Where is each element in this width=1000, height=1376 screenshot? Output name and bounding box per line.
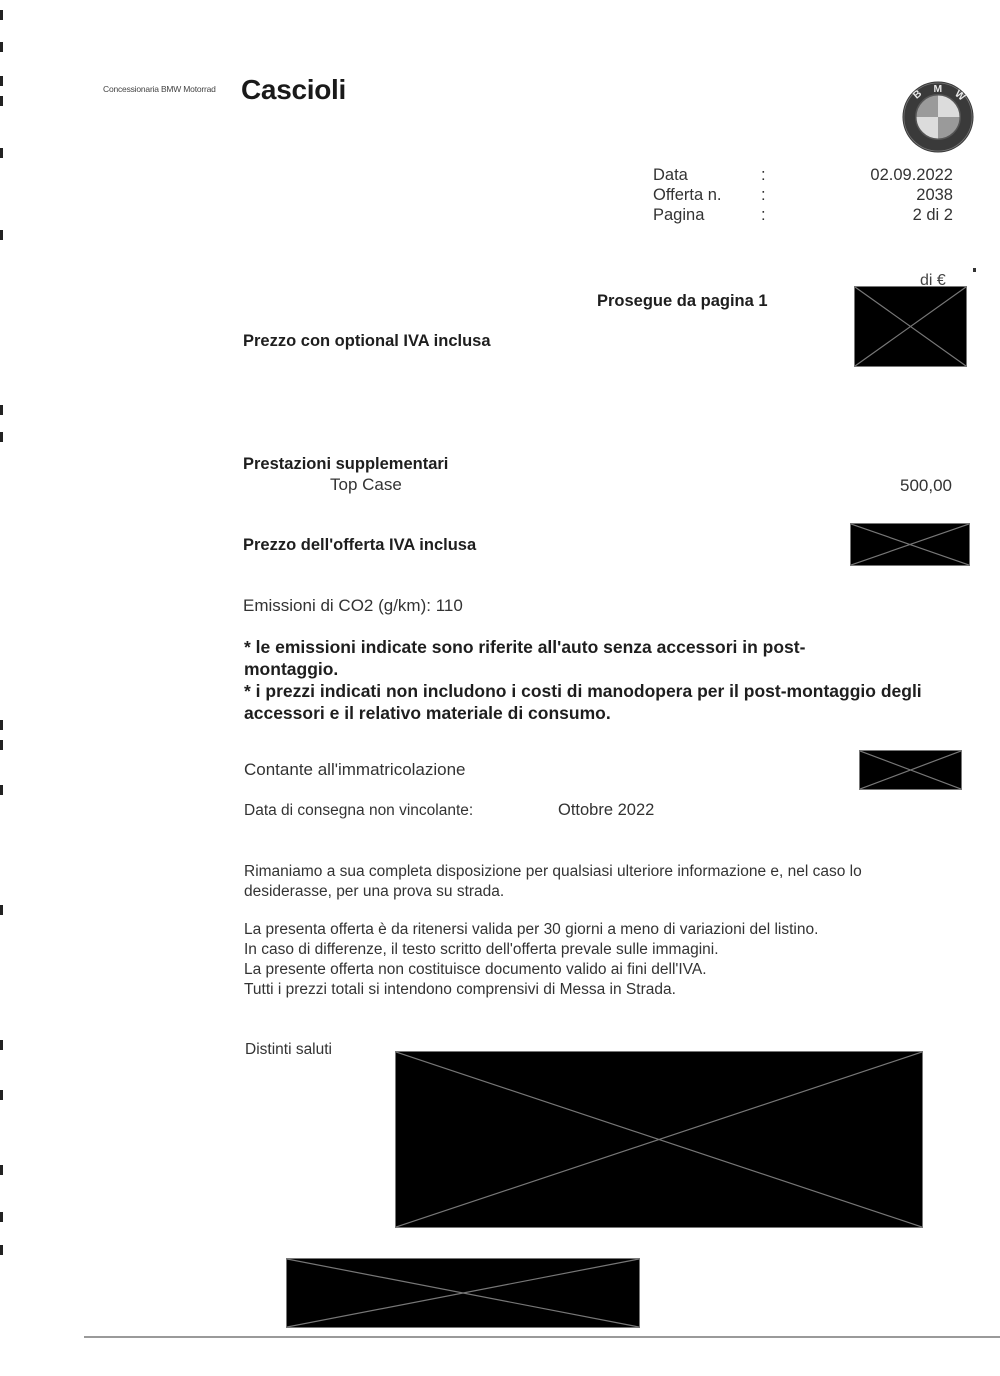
redacted-signature xyxy=(395,1051,923,1228)
terms: La presenta offerta è da ritenersi valid… xyxy=(244,920,924,1000)
redacted-cash-on-registration xyxy=(859,750,962,790)
redacted-offer-price xyxy=(850,523,970,566)
redacted-footer-block xyxy=(286,1258,640,1328)
delivery-label: Data di consegna non vincolante: xyxy=(244,802,473,820)
offer-meta: Data : 02.09.2022 Offerta n. : 2038 Pagi… xyxy=(653,165,953,225)
svg-text:M: M xyxy=(934,84,943,95)
scan-mark xyxy=(0,785,3,795)
page-number: 2 di 2 xyxy=(781,205,953,225)
scan-mark xyxy=(0,1040,3,1050)
dealer-tagline: Concessionaria BMW Motorrad xyxy=(103,84,216,94)
meta-row-date: Data : 02.09.2022 xyxy=(653,165,953,185)
co2-emissions: Emissioni di CO2 (g/km): 110 xyxy=(243,596,463,616)
extra-service-item-name: Top Case xyxy=(330,475,402,495)
term-line: In caso di differenze, il testo scritto … xyxy=(244,940,924,960)
term-line: La presenta offerta è da ritenersi valid… xyxy=(244,920,924,940)
extra-service-item-price: 500,00 xyxy=(850,476,952,496)
scan-mark xyxy=(0,905,3,915)
meta-row-page: Pagina : 2 di 2 xyxy=(653,205,953,225)
scan-mark xyxy=(0,230,3,240)
scan-mark xyxy=(0,1245,3,1255)
redacted-price-with-options xyxy=(854,286,967,367)
scan-mark xyxy=(0,1212,3,1222)
scan-mark xyxy=(0,42,3,52)
scan-mark xyxy=(0,1165,3,1175)
scan-mark xyxy=(0,432,3,442)
note-emissions: * le emissioni indicate sono riferite al… xyxy=(244,636,864,680)
scan-speck xyxy=(973,268,976,272)
scan-mark xyxy=(0,10,3,20)
offer-price-label: Prezzo dell'offerta IVA inclusa xyxy=(243,536,476,555)
scan-mark xyxy=(0,1090,3,1100)
cash-on-registration-label: Contante all'immatricolazione xyxy=(244,760,466,780)
term-line: Tutti i prezzi totali si intendono compr… xyxy=(244,980,924,1000)
delivery-value: Ottobre 2022 xyxy=(558,801,654,820)
signoff: Distinti saluti xyxy=(245,1040,332,1060)
meta-row-offer-number: Offerta n. : 2038 xyxy=(653,185,953,205)
extra-services-heading: Prestazioni supplementari xyxy=(243,455,448,474)
scan-mark xyxy=(0,76,3,86)
note-prices: * i prezzi indicati non includono i cost… xyxy=(244,680,944,724)
scan-mark xyxy=(0,740,3,750)
scan-mark xyxy=(0,96,3,106)
scan-mark xyxy=(0,148,3,158)
dealer-name: Cascioli xyxy=(241,74,346,106)
term-line: La presente offerta non costituisce docu… xyxy=(244,960,924,980)
price-with-options-label: Prezzo con optional IVA inclusa xyxy=(243,332,491,351)
offer-date: 02.09.2022 xyxy=(781,165,953,185)
scan-mark xyxy=(0,720,3,730)
scan-mark xyxy=(0,405,3,415)
continuation-label: Prosegue da pagina 1 xyxy=(597,292,768,311)
footer-divider xyxy=(84,1336,1000,1338)
notes: * le emissioni indicate sono riferite al… xyxy=(244,636,944,724)
bmw-logo-icon: B M W xyxy=(901,80,975,154)
offer-number: 2038 xyxy=(781,185,953,205)
closing-paragraph: Rimaniamo a sua completa disposizione pe… xyxy=(244,862,924,902)
